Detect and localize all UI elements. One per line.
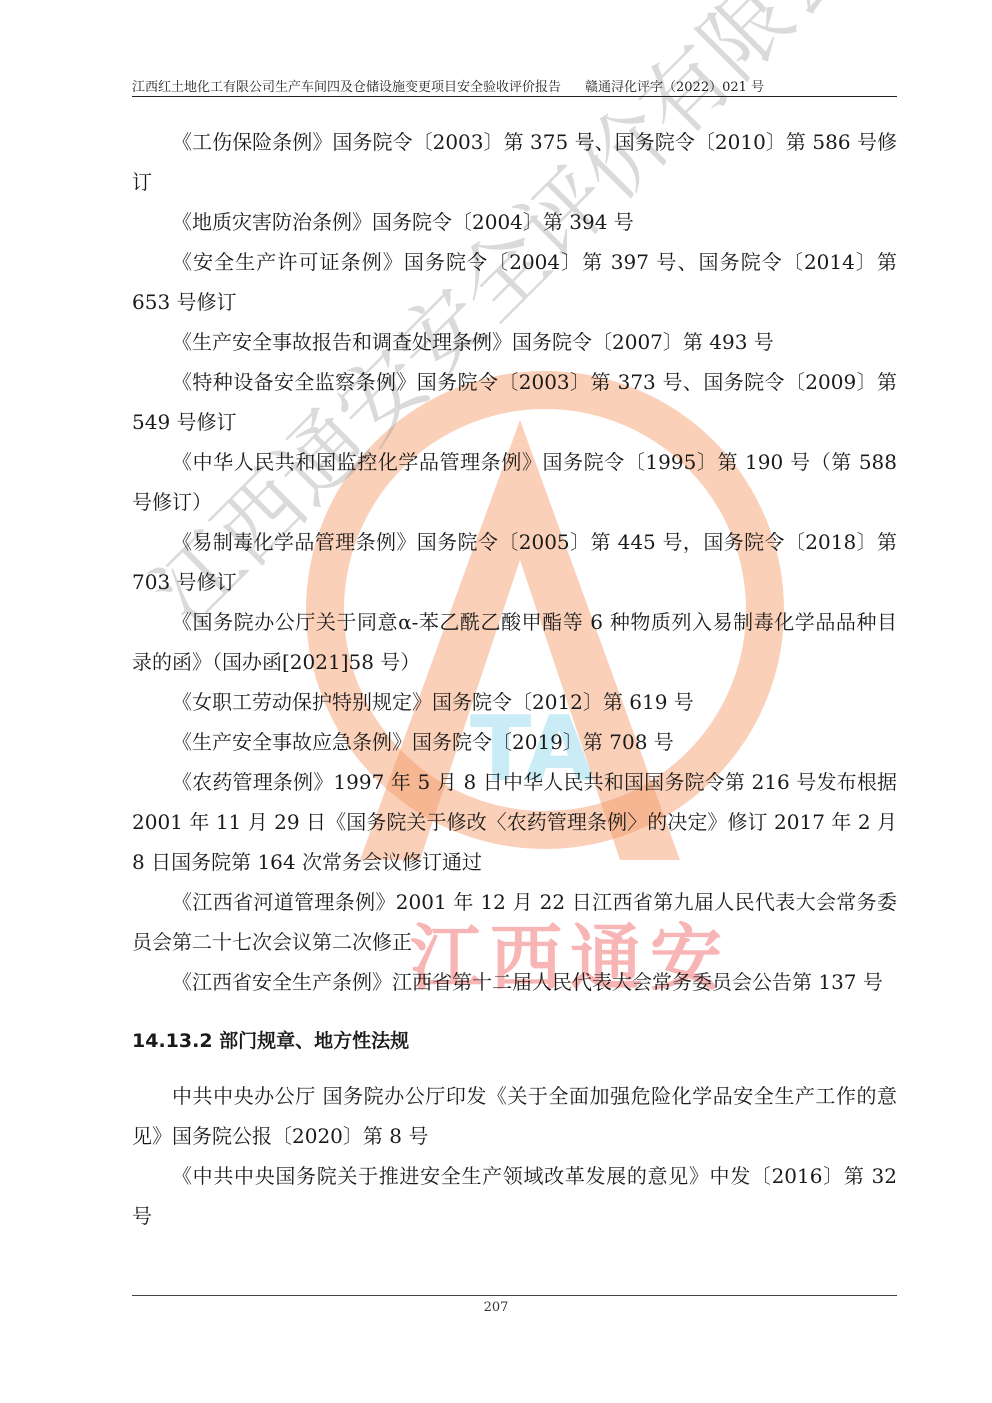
regulation-item: 《易制毒化学品管理条例》国务院令〔2005〕第 445 号，国务院令〔2018〕…: [132, 522, 897, 602]
regulation-item: 《江西省河道管理条例》2001 年 12 月 22 日江西省第九届人民代表大会常…: [132, 882, 897, 962]
regulation-item: 中共中央办公厅 国务院办公厅印发《关于全面加强危险化学品安全生产工作的意见》国务…: [132, 1076, 897, 1156]
regulation-item: 《工伤保险条例》国务院令〔2003〕第 375 号、国务院令〔2010〕第 58…: [132, 122, 897, 202]
regulation-item: 《江西省安全生产条例》江西省第十二届人民代表大会常务委员会公告第 137 号: [132, 962, 897, 1002]
regulation-item: 《中华人民共和国监控化学品管理条例》国务院令〔1995〕第 190 号（第 58…: [132, 442, 897, 522]
section-heading: 14.13.2 部门规章、地方性法规: [132, 1026, 897, 1056]
page-content: 《工伤保险条例》国务院令〔2003〕第 375 号、国务院令〔2010〕第 58…: [132, 122, 897, 1236]
regulation-item: 《特种设备安全监察条例》国务院令〔2003〕第 373 号、国务院令〔2009〕…: [132, 362, 897, 442]
regulation-item: 《生产安全事故报告和调查处理条例》国务院令〔2007〕第 493 号: [132, 322, 897, 362]
header-divider: [132, 96, 897, 97]
page-number: 207: [0, 1300, 992, 1315]
regulation-item: 《中共中央国务院关于推进安全生产领域改革发展的意见》中发〔2016〕第 32 号: [132, 1156, 897, 1236]
regulation-item: 《地质灾害防治条例》国务院令〔2004〕第 394 号: [132, 202, 897, 242]
header-doc-number: 赣通浔化评字（2022）021 号: [585, 80, 764, 95]
regulation-item: 《安全生产许可证条例》国务院令〔2004〕第 397 号、国务院令〔2014〕第…: [132, 242, 897, 322]
regulation-item: 《女职工劳动保护特别规定》国务院令〔2012〕第 619 号: [132, 682, 897, 722]
regulation-item: 《国务院办公厅关于同意α-苯乙酰乙酸甲酯等 6 种物质列入易制毒化学品品种目录的…: [132, 602, 897, 682]
header-title: 江西红土地化工有限公司生产车间四及仓储设施变更项目安全验收评价报告: [132, 80, 561, 95]
regulation-item: 《农药管理条例》1997 年 5 月 8 日中华人民共和国国务院令第 216 号…: [132, 762, 897, 882]
footer-divider: [132, 1295, 897, 1296]
page-header: 江西红土地化工有限公司生产车间四及仓储设施变更项目安全验收评价报告赣通浔化评字（…: [132, 76, 897, 96]
regulation-item: 《生产安全事故应急条例》国务院令〔2019〕第 708 号: [132, 722, 897, 762]
